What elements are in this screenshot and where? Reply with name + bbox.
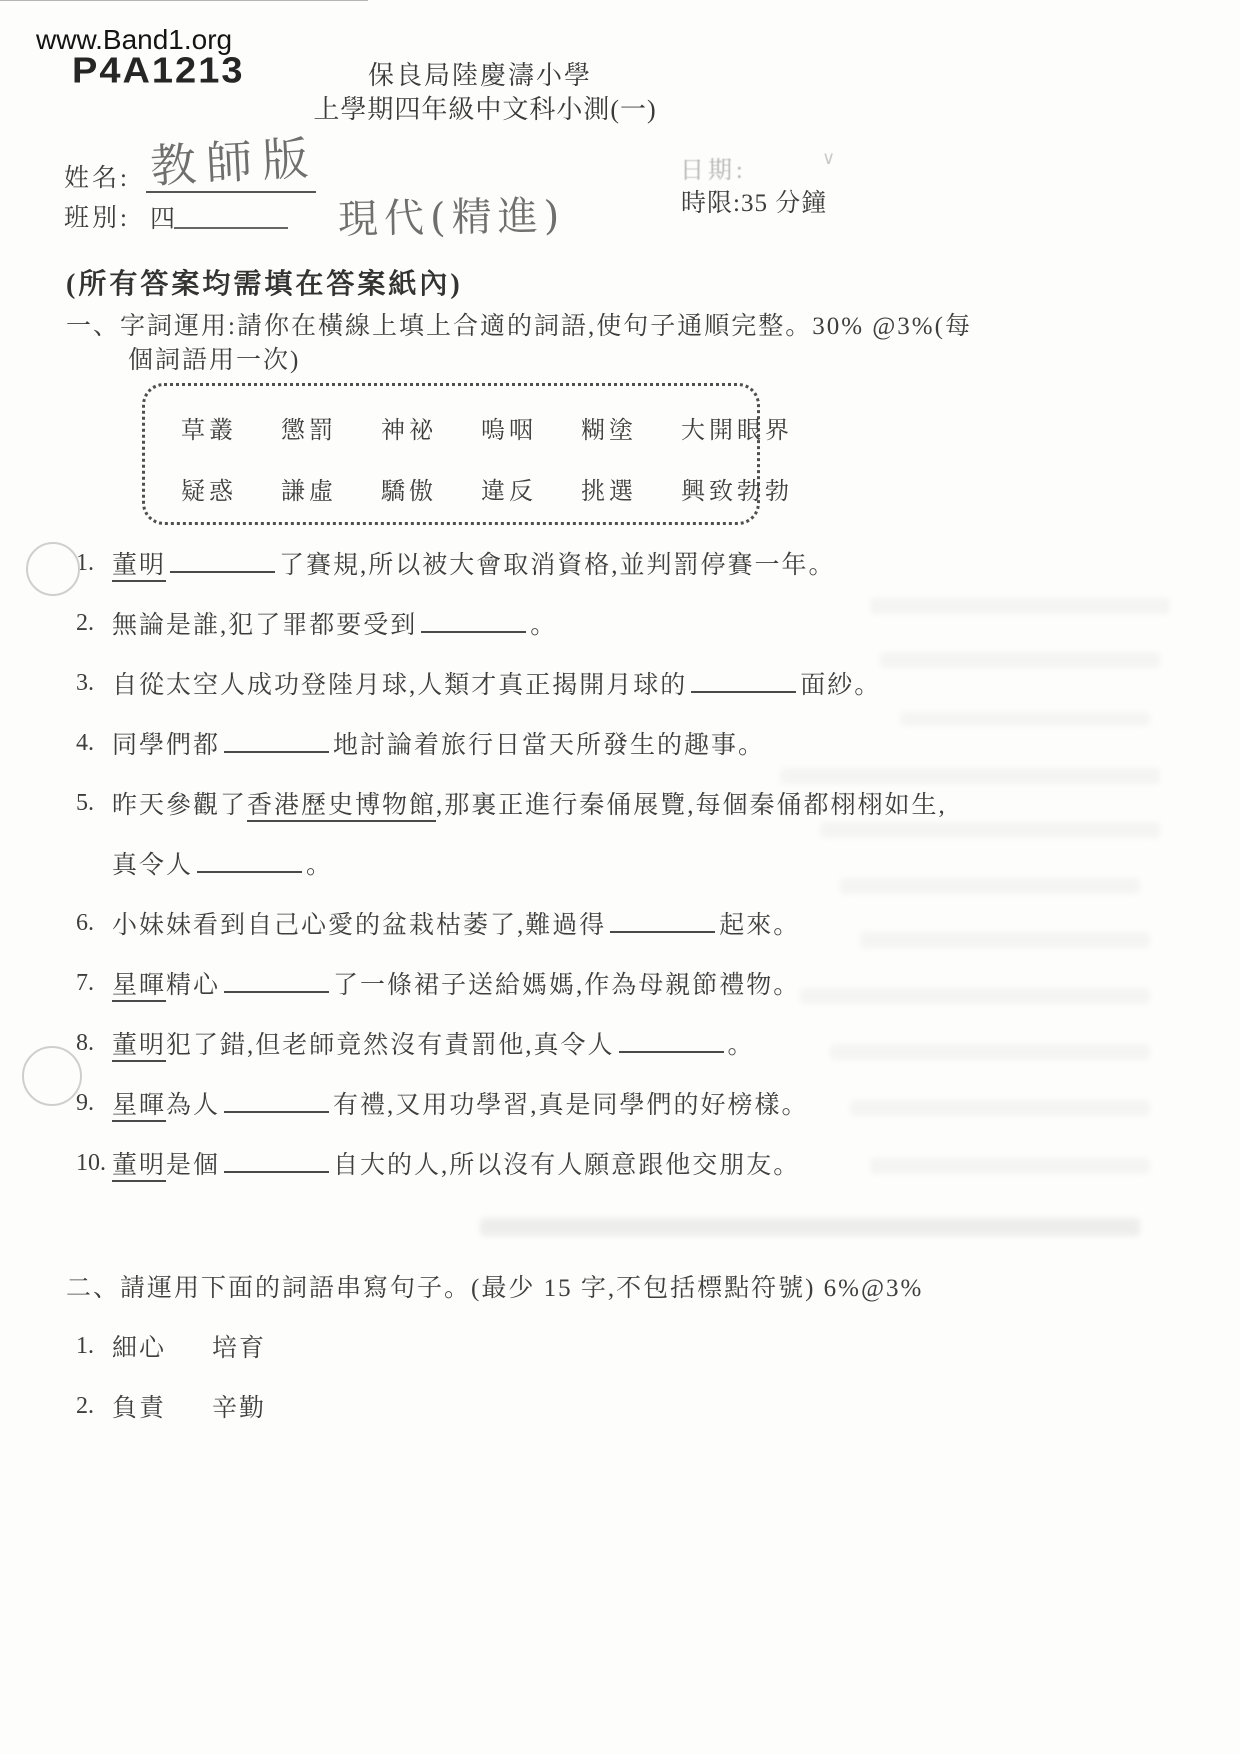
question-number: 6.: [76, 910, 112, 937]
question-text: 小妹妹看到自己心愛的盆栽枯萎了,難過得起來。: [112, 905, 800, 941]
question-line: 9.星暉為人有禮,又用功學習,真是同學們的好榜樣。: [76, 1073, 947, 1133]
question-number: 3.: [76, 670, 112, 697]
question-text-segment: 了賽規,所以被大會取消資格,並判罰停賽一年。: [279, 552, 836, 579]
question-number: 10.: [76, 1150, 112, 1177]
word-bank-word: 大開眼界: [681, 410, 793, 445]
question-line: 10.董明是個自大的人,所以沒有人願意跟他交朋友。: [76, 1133, 947, 1193]
fill-in-blank: [224, 733, 329, 753]
word-bank-word: 神祕: [381, 410, 437, 445]
question-number: 8.: [76, 1030, 112, 1057]
item-number: 1.: [76, 1333, 112, 1360]
scanned-test-paper: www.Band1.org P4A1213 保良局陸慶濤小學 上學期四年級中文科…: [0, 0, 1240, 1754]
word-bank-word: 懲罰: [281, 410, 337, 445]
question-text: 真令人。: [112, 845, 333, 881]
section2-heading: 二、請運用下面的詞語串寫句子。(最少 15 字,不包括標點符號) 6%@3%: [66, 1256, 923, 1316]
question-text-segment: 無論是誰,犯了罪都要受到: [112, 612, 417, 639]
date-underline: [0, 0, 368, 1]
scan-artifact: [880, 652, 1160, 668]
question-text-segment: 起來。: [719, 912, 800, 939]
scan-artifact: ∨: [822, 148, 835, 169]
question-text-segment: ,那裏正進行秦俑展覽,每個秦俑都栩栩如生,: [436, 792, 947, 819]
question-text: 董明了賽規,所以被大會取消資格,並判罰停賽一年。: [112, 545, 836, 581]
fill-in-blank: [691, 673, 796, 693]
section2-block: 二、請運用下面的詞語串寫句子。(最少 15 字,不包括標點符號) 6%@3%1.…: [66, 1256, 923, 1436]
word-bank-row-2: 疑惑謙虛驕傲違反挑選興致勃勃: [145, 471, 757, 506]
fill-in-blank: [619, 1033, 724, 1053]
question-text-segment: 同學們都: [112, 732, 220, 759]
question-text: 董明是個自大的人,所以沒有人願意跟他交朋友。: [112, 1145, 800, 1181]
question-text-segment: 小妹妹看到自己心愛的盆栽枯萎了,難過得: [112, 912, 606, 939]
question-line: 6.小妹妹看到自己心愛的盆栽枯萎了,難過得起來。: [76, 893, 947, 953]
question-text-segment: 犯了錯,但老師竟然沒有責罰他,真令人: [166, 1032, 615, 1059]
word-bank-row-1: 草叢懲罰神祕嗚咽糊塗大開眼界: [145, 410, 757, 445]
question-number: 7.: [76, 970, 112, 997]
question-number: 5.: [76, 790, 112, 817]
question-text-segment: 面紗。: [800, 672, 881, 699]
question-text-segment: 真令人: [112, 852, 193, 879]
scan-artifact: [480, 1218, 1140, 1236]
name-underline: [146, 191, 316, 193]
item-words: 負責辛勤: [112, 1388, 266, 1424]
word-bank-word: 嗚咽: [481, 410, 537, 445]
scan-artifact: [820, 822, 1160, 838]
question-text: 董明犯了錯,但老師竟然沒有責罰他,真令人。: [112, 1025, 755, 1061]
word-bank-word: 驕傲: [381, 471, 437, 506]
handwritten-name: 教師版: [148, 122, 319, 197]
fill-in-blank: [224, 973, 329, 993]
question-text-segment: 。: [728, 1032, 755, 1059]
question-text: 同學們都地討論着旅行日當天所發生的趣事。: [112, 725, 765, 761]
scan-artifact: [780, 768, 1160, 784]
item-word: 培育: [212, 1335, 266, 1362]
question-line: 7.星暉精心了一條裙子送給媽媽,作為母親節禮物。: [76, 953, 947, 1013]
item-words: 細心培育: [112, 1328, 266, 1364]
question-text: 星暉精心了一條裙子送給媽媽,作為母親節禮物。: [112, 965, 800, 1001]
answer-sheet-notice: (所有答案均需填在答案紙內): [66, 262, 463, 302]
class-value: 四: [150, 199, 178, 235]
scan-artifact: [900, 712, 1150, 726]
paper-code: P4A1213: [72, 51, 244, 92]
class-label: 班別:: [64, 198, 130, 234]
time-limit: 時限:35 分鐘: [681, 183, 827, 219]
fill-in-blank: [170, 553, 275, 573]
question-text-segment: 地討論着旅行日當天所發生的趣事。: [333, 732, 765, 759]
fill-in-blank: [224, 1093, 329, 1113]
punch-hole: [26, 542, 80, 596]
question-text-segment: 了一條裙子送給媽媽,作為母親節禮物。: [333, 972, 800, 999]
question-text-segment: 自大的人,所以沒有人願意跟他交朋友。: [333, 1152, 800, 1179]
item-word: 辛勤: [212, 1395, 266, 1422]
question-text-segment: 精心: [166, 972, 220, 999]
section1-question-list: 1.董明了賽規,所以被大會取消資格,並判罰停賽一年。2.無論是誰,犯了罪都要受到…: [76, 533, 947, 1193]
exam-title: 上學期四年級中文科小測(一): [250, 89, 720, 126]
punch-hole: [22, 1046, 82, 1106]
question-text: 自從太空人成功登陸月球,人類才真正揭開月球的面紗。: [112, 665, 881, 701]
question-number: 4.: [76, 730, 112, 757]
scan-artifact: [870, 1158, 1150, 1174]
question-number: 2.: [76, 610, 112, 637]
question-text: 無論是誰,犯了罪都要受到。: [112, 605, 557, 641]
question-text-segment: 昨天參觀了: [112, 792, 247, 819]
section1-heading-line1: 一、字詞運用:請你在橫線上填上合適的詞語,使句子通順完整。30% @3%(每: [66, 306, 972, 342]
question-text-segment: 自從太空人成功登陸月球,人類才真正揭開月球的: [112, 672, 687, 699]
item-word: 細心: [112, 1335, 166, 1362]
handwritten-class-stream: 現代(精進): [338, 184, 566, 245]
section2-heading-text: 二、請運用下面的詞語串寫句子。(最少 15 字,不包括標點符號) 6%@3%: [66, 1268, 923, 1304]
underlined-word: 董明: [112, 1032, 166, 1062]
section1-heading-line2: 個詞語用一次): [128, 340, 300, 376]
question-line: 2.無論是誰,犯了罪都要受到。: [76, 593, 947, 653]
scan-artifact: [830, 1044, 1150, 1060]
question-text-segment: 。: [306, 852, 333, 879]
question-text-segment: 為人: [166, 1092, 220, 1119]
fill-in-blank: [421, 613, 526, 633]
item-word: 負責: [112, 1395, 166, 1422]
name-label: 姓名:: [64, 158, 130, 194]
section2-item: 1.細心培育: [66, 1316, 923, 1376]
underlined-word: 星暉: [112, 1092, 166, 1122]
scan-artifact: [850, 1100, 1150, 1116]
fill-in-blank: [610, 913, 715, 933]
question-text-segment: 是個: [166, 1152, 220, 1179]
word-bank-word: 挑選: [581, 471, 637, 506]
underlined-word: 星暉: [112, 972, 166, 1002]
question-line: 3.自從太空人成功登陸月球,人類才真正揭開月球的面紗。: [76, 653, 947, 713]
scan-artifact: [840, 878, 1140, 894]
question-number: 9.: [76, 1090, 112, 1117]
date-label: 日期:: [680, 150, 747, 185]
question-text: 昨天參觀了香港歷史博物館,那裏正進行秦俑展覽,每個秦俑都栩栩如生,: [112, 785, 947, 821]
fill-in-blank: [224, 1153, 329, 1173]
underlined-word: 董明: [112, 552, 166, 582]
question-line: 4.同學們都地討論着旅行日當天所發生的趣事。: [76, 713, 947, 773]
word-bank-box: 草叢懲罰神祕嗚咽糊塗大開眼界 疑惑謙虛驕傲違反挑選興致勃勃: [142, 383, 760, 525]
word-bank-word: 糊塗: [581, 410, 637, 445]
question-line: 1.董明了賽規,所以被大會取消資格,並判罰停賽一年。: [76, 533, 947, 593]
word-bank-word: 違反: [481, 471, 537, 506]
school-name: 保良局陸慶濤小學: [290, 55, 670, 92]
underlined-word: 董明: [112, 1152, 166, 1182]
word-bank-word: 草叢: [181, 410, 237, 445]
fill-in-blank: [197, 853, 302, 873]
word-bank-word: 疑惑: [181, 471, 237, 506]
scan-artifact: [800, 988, 1150, 1004]
question-text-segment: 有禮,又用功學習,真是同學們的好榜樣。: [333, 1092, 809, 1119]
section2-item: 2.負責辛勤: [66, 1376, 923, 1436]
scan-artifact: [860, 932, 1150, 948]
word-bank-word: 興致勃勃: [681, 471, 793, 506]
question-text: 星暉為人有禮,又用功學習,真是同學們的好榜樣。: [112, 1085, 809, 1121]
scan-artifact: [870, 598, 1170, 614]
item-number: 2.: [76, 1393, 112, 1420]
question-number: 1.: [76, 550, 112, 577]
question-line: 真令人。: [76, 833, 947, 893]
word-bank-word: 謙虛: [281, 471, 337, 506]
class-underline: [174, 227, 288, 229]
question-line: 8.董明犯了錯,但老師竟然沒有責罰他,真令人。: [76, 1013, 947, 1073]
question-text-segment: 。: [530, 612, 557, 639]
underlined-word: 香港歷史博物館: [247, 792, 436, 822]
